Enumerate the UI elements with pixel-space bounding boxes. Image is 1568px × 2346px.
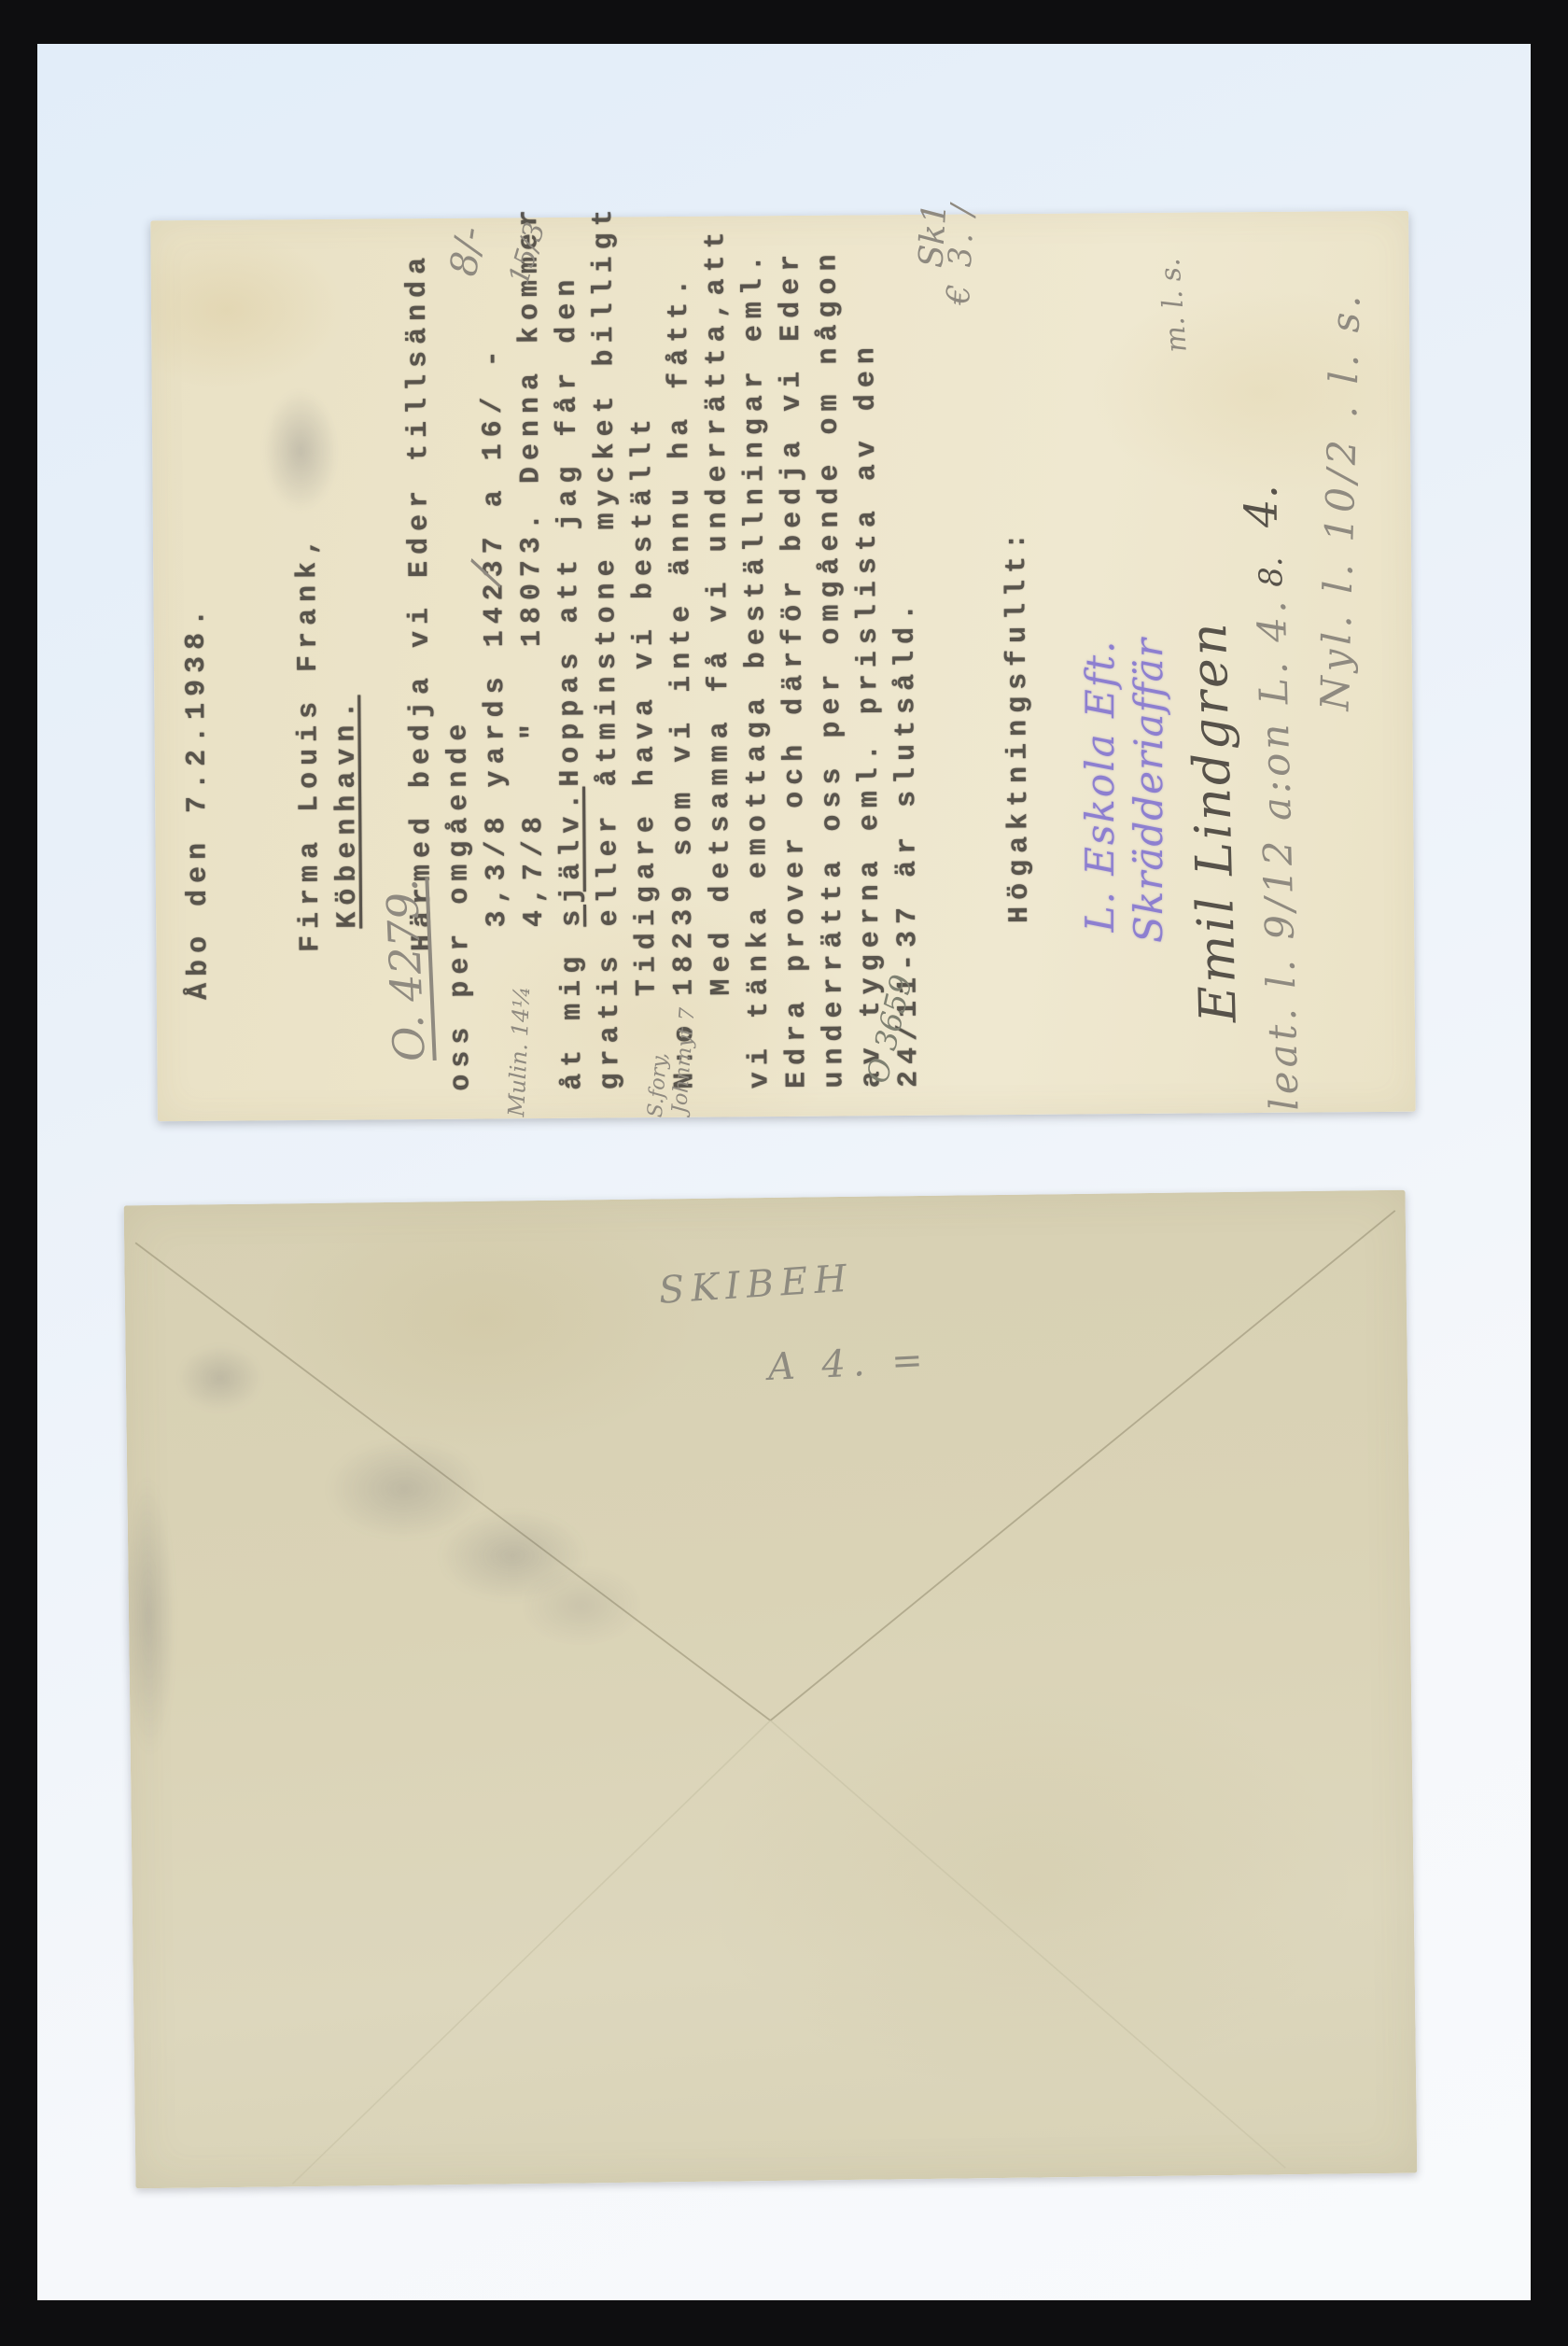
typed-line: underrätta oss per omgående om någon <box>809 201 853 1088</box>
envelope-back: SKIBEH A 4. = <box>124 1190 1418 2189</box>
letter-rotated-content: Åbo den 7.2.1938. Firma Louis Frank, Köb… <box>150 211 1416 1122</box>
pencil-right-docket-b: Nyl. l. 10/2 . l. s. <box>1312 290 1369 711</box>
pencil-signature-paraph-4: 4. <box>1235 485 1287 527</box>
photo-of-postal-history-lot: Åbo den 7.2.1938. Firma Louis Frank, Köb… <box>0 0 1568 2346</box>
pencil-euro-3-note: € 3. ∕ <box>940 200 982 305</box>
typed-line: gratis eller åtminstone mycket billigt <box>585 203 629 1089</box>
typed-line: Högaktningsfullt: <box>996 200 1040 1087</box>
typewritten-text-block: Åbo den 7.2.1938. Firma Louis Frank, Köb… <box>175 200 1040 1093</box>
pencil-a4-price-note: A 4. = <box>767 1339 931 1389</box>
pencil-signature: Emil Lindgren <box>1179 620 1248 1023</box>
pencil-right-docket-a: leat. l. 9/12 a:on L. 4. <box>1249 597 1308 1111</box>
pencil-number-o4279: O. 4279. <box>376 878 434 1062</box>
typed-letter-paper: Åbo den 7.2.1938. Firma Louis Frank, Köb… <box>150 211 1416 1122</box>
pencil-signature-8: 8. <box>1253 556 1290 587</box>
pencil-price-8-note: 8/- <box>442 224 492 279</box>
envelope-flap-fold-lines <box>124 1190 1418 2189</box>
pencil-mulin-note: Mulin. 14¼ <box>503 986 535 1117</box>
violet-handstamp-line-2: Skrädderiaffär <box>1126 638 1171 943</box>
pencil-ls-note: m. l. s. <box>1154 257 1194 354</box>
violet-handstamp-line-1: L. Eskola Eft. <box>1077 639 1123 933</box>
